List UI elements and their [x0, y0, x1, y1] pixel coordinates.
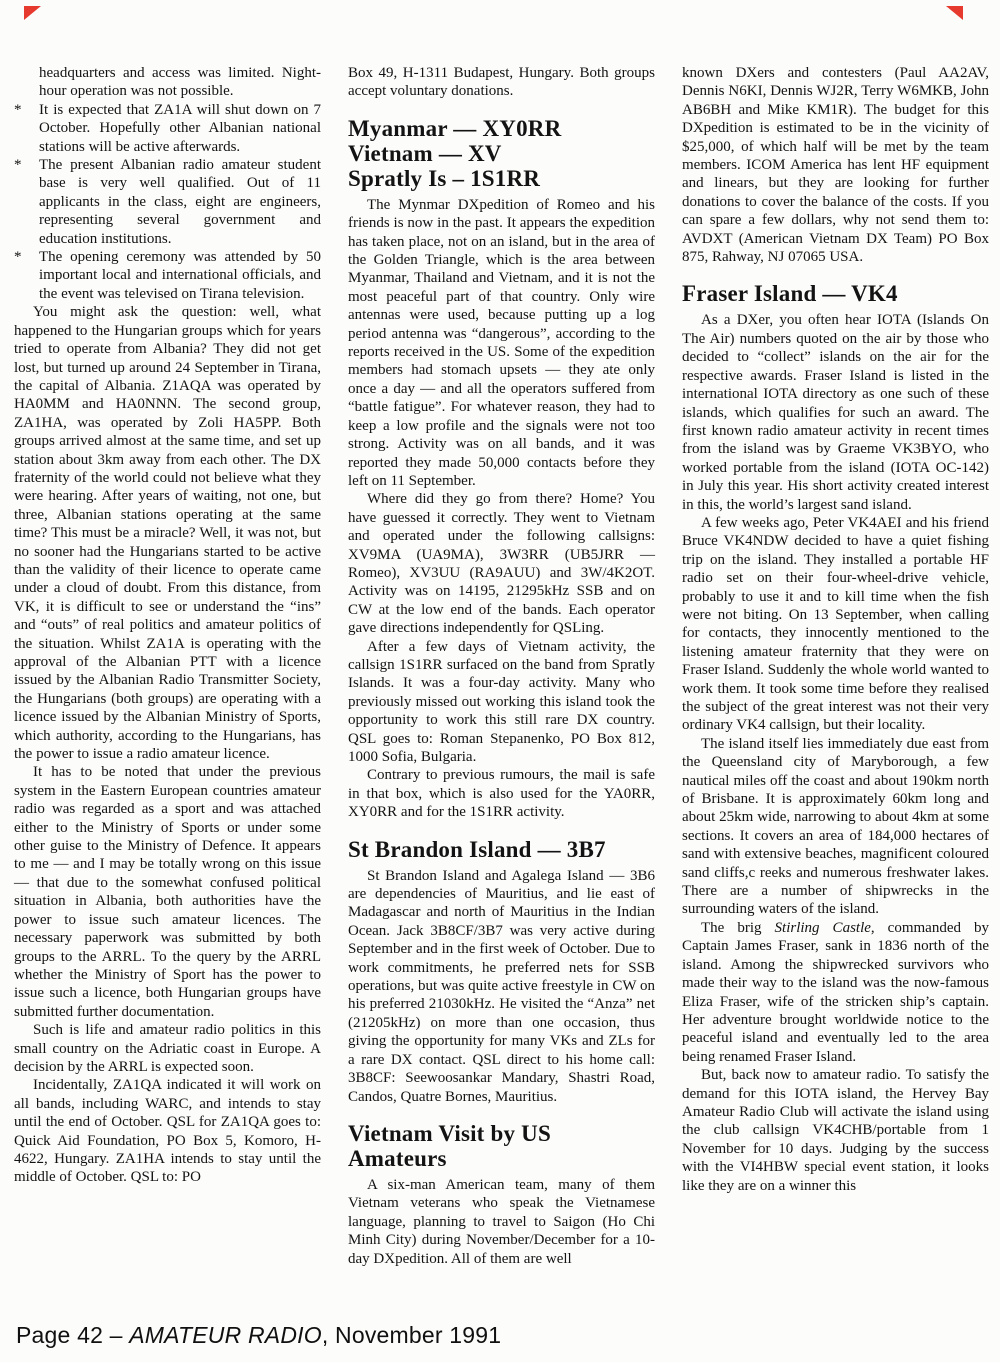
paragraph: The brig Stirling Castle, commanded by C… [682, 919, 989, 1066]
section-heading-vietnam-visit: Vietnam Visit by US Amateurs [348, 1121, 655, 1171]
paragraph-continuation: headquarters and access was limited. Nig… [39, 64, 321, 101]
asterisk-bullet-icon: * [14, 248, 22, 266]
bullet-text: The opening ceremony was attended by 50 … [39, 248, 321, 303]
magazine-title: AMATEUR RADIO [129, 1322, 322, 1348]
column-2: Box 49, H-1311 Budapest, Hungary. Both g… [348, 64, 655, 1268]
heading-line: Spratly Is – 1S1RR [348, 166, 655, 191]
footer-date-label: , November 1991 [322, 1322, 501, 1348]
paragraph-continuation: known DXers and contesters (Paul AA2AV, … [682, 64, 989, 266]
heading-line: Vietnam — XV [348, 141, 655, 166]
bullet-item: * It is expected that ZA1A will shut dow… [39, 101, 321, 156]
paragraph: The Mynmar DXpedition of Romeo and his f… [348, 196, 655, 491]
paragraph: After a few days of Vietnam activity, th… [348, 638, 655, 767]
column-1: headquarters and access was limited. Nig… [14, 64, 321, 1268]
paragraph: Contrary to previous rumours, the mail i… [348, 766, 655, 821]
heading-line: Fraser Island — VK4 [682, 281, 989, 306]
paragraph: The island itself lies immediately due e… [682, 735, 989, 919]
page-footer: Page 42 – AMATEUR RADIO, November 1991 [16, 1322, 501, 1349]
heading-line: Amateurs [348, 1146, 655, 1171]
paragraph: But, back now to amateur radio. To satis… [682, 1066, 989, 1195]
magazine-page: headquarters and access was limited. Nig… [0, 0, 1000, 1362]
article-columns: headquarters and access was limited. Nig… [14, 64, 990, 1268]
paragraph: Incidentally, ZA1QA indicated it will wo… [14, 1076, 321, 1186]
heading-line: St Brandon Island — 3B7 [348, 837, 655, 862]
paragraph: A few weeks ago, Peter VK4AEI and his fr… [682, 514, 989, 735]
heading-line: Vietnam Visit by US [348, 1121, 655, 1146]
paragraph: It has to be noted that under the previo… [14, 763, 321, 1021]
corner-mark-icon [946, 6, 963, 20]
heading-line: Myanmar — XY0RR [348, 116, 655, 141]
bullet-list: headquarters and access was limited. Nig… [14, 64, 321, 303]
paragraph: Such is life and amateur radio politics … [14, 1021, 321, 1076]
paragraph: Where did they go from there? Home? You … [348, 490, 655, 637]
section-heading-myanmar: Myanmar — XY0RR Vietnam — XV Spratly Is … [348, 116, 655, 191]
bullet-text: It is expected that ZA1A will shut down … [39, 101, 321, 156]
paragraph: St Brandon Island and Agalega Island — 3… [348, 867, 655, 1106]
asterisk-bullet-icon: * [14, 101, 22, 119]
bullet-text: The present Albanian radio amateur stude… [39, 156, 321, 248]
column-3: known DXers and contesters (Paul AA2AV, … [682, 64, 989, 1268]
bullet-item: * The opening ceremony was attended by 5… [39, 248, 321, 303]
asterisk-bullet-icon: * [14, 156, 22, 174]
paragraph: You might ask the question: well, what h… [14, 303, 321, 763]
paragraph-text: , commanded by Captain James Fraser, san… [682, 920, 989, 1065]
section-heading-st-brandon: St Brandon Island — 3B7 [348, 837, 655, 862]
paragraph-continuation: Box 49, H-1311 Budapest, Hungary. Both g… [348, 64, 655, 101]
corner-mark-icon [24, 6, 41, 20]
section-heading-fraser-island: Fraser Island — VK4 [682, 281, 989, 306]
paragraph: A six-man American team, many of them Vi… [348, 1176, 655, 1268]
paragraph-text: The brig [701, 920, 775, 936]
footer-page-label: Page 42 – [16, 1322, 129, 1348]
ship-name-italic: Stirling Castle [775, 920, 871, 936]
paragraph: As a DXer, you often hear IOTA (Islands … [682, 311, 989, 513]
bullet-item: * The present Albanian radio amateur stu… [39, 156, 321, 248]
